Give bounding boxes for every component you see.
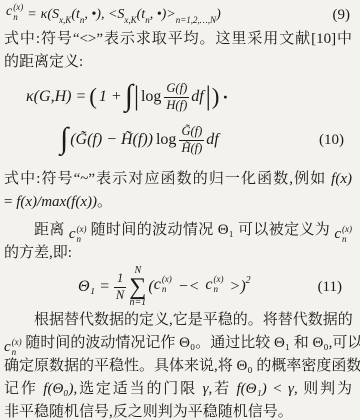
c-scripts: (x)n [12,338,22,358]
c-subscript: n [162,285,172,295]
numerator: 1 [115,271,125,287]
body-text: 确定原数据的平稳性。具体来说,将 Θ₀ 的概率密度函数 [4,358,360,374]
denominator: H̃(f) [179,140,204,157]
c-scripts: (x)n [162,275,172,295]
integral-sign: ∫ [60,128,68,151]
c-subscript: n [13,13,23,23]
df-term: df [206,131,218,149]
c-base: c [334,227,341,247]
paragraph-line: 式中:符号“~”表示对应函数的归一化函数,例如 f(x) [4,168,352,191]
t-term: (t [137,7,146,23]
c-n-x-symbol: c(x)n [205,277,223,297]
body-text: 的方差,即: [4,245,72,261]
equation-number-9: (9) [333,7,351,24]
big-open-paren: ( [89,88,97,105]
scanned-paper-page: c(x)n = κ(S x,K (t n , •), <S x,K (t n ,… [0,0,360,420]
subscript-range: n=1,2,…,N [176,15,216,25]
c-subscript: n [214,285,224,295]
integral-sign: ∫ [125,85,133,108]
body-text: 根据替代数据的定义,它是平稳的。将替代数据的 [34,312,353,328]
c-base: c [205,277,212,297]
c-scripts: (x)n [13,3,23,23]
paragraph-line: 非平稳随机信号,反之则判为平稳随机信号。 [4,401,352,420]
close-paren: ) [216,7,221,23]
equals-sign: = [27,7,36,23]
c-subscript: n [77,235,87,245]
body-text: 随时间的波动情况记作 Θ₀。通过比较 Θ₁ 和 Θ₀,可以 [22,335,360,351]
body-text: 式中:符号“<>”表示求取平均。这里采用文献[10]中 [4,31,352,47]
numerator: G(f) [164,81,189,97]
paragraph-line: 记作 f(Θ₀),选定适当的门限 γ,若 f(Θ₁) < γ, 则判为 [4,378,352,401]
c-base: c [154,277,161,297]
c-base: c [6,5,12,25]
equation-10-line-2: ∫ (G̃(f) − H̃(f)) log G̃(f)H̃(f) df (10) [4,118,352,162]
body-text: ,选定适当的门限 [74,381,203,397]
t-term: (t [71,7,80,23]
paragraph-line: c(x)n 随时间的波动情况记作 Θ₀。通过比较 Θ₁ 和 Θ₀,可以 [4,332,352,355]
log-operator: log [156,131,176,149]
body-text: , 则判为 [294,381,352,397]
numerator: G̃(f) [179,124,204,140]
minus-mean-open: −< [178,278,200,296]
normalized-diff-term: (G̃(f) − H̃(f)) [70,131,153,149]
c-scripts: (x)n [342,225,352,245]
body-text: 记作 [4,381,43,397]
summation-sign: N∑n=1 [129,266,146,309]
body-text: ,若 [208,381,236,397]
kappa-GH-term: κ(G,H) = [26,88,86,106]
theta1-equals: Θ₁ = [78,278,110,296]
c-n-x-symbol: c(x)n [6,5,23,25]
mean-close-term: , •)> [150,7,176,23]
c-scripts: (x)n [77,225,87,245]
subscript-xK: x,K [124,15,136,25]
paragraph-line: 的方差,即: [4,242,352,265]
equation-10-line-1: κ(G,H) = ( 1 + ∫ | log G(f)H(f) df | ) · [4,76,352,118]
subscript-xK: x,K [59,15,71,25]
body-text: 的距离定义: [4,54,83,70]
equation-11: Θ₁ = 1N N∑n=1 ( c(x)n −< c(x)n >) 2 (11) [4,265,352,309]
paragraph-line: 的距离定义: [4,51,352,74]
multiplication-dot: · [222,87,228,108]
abs-bar: | [206,87,211,107]
paragraph-line: = f(x)/max(f(x))。 [4,191,352,214]
paragraph-line: 距离 c(x)n 随时间的波动情况 Θ₁ 可以被定义为 c(x)n [4,219,352,242]
equation-number-10: (10) [319,132,344,149]
body-text: 随时间的波动情况 Θ₁ 可以被定义为 [87,222,335,238]
equation-9: c(x)n = κ(S x,K (t n , •), <S x,K (t n ,… [4,2,352,28]
c-subscript: n [342,235,352,245]
df-term: df [191,88,203,106]
body-text: 非平稳随机信号,反之则判为平稳随机信号。 [4,404,293,420]
fraction-G-over-H: G(f)H(f) [164,81,189,113]
sigma-glyph: ∑ [129,276,146,299]
paragraph-line: 确定原数据的平稳性。具体来说,将 Θ₀ 的概率密度函数 [4,355,352,378]
kappa-term: κ(S [41,7,59,23]
c-n-x-symbol: c(x)n [334,227,352,247]
f-theta0-term: f(Θ₀) [43,381,73,397]
body-text: = [4,194,16,210]
fx-max-term: f(x)/max(f(x)) [16,194,97,210]
subscript-n: n [80,15,85,25]
mean-open-term: , •), <S [84,7,124,23]
c-subscript: n [12,348,22,358]
period: 。 [97,194,112,210]
c-n-x-symbol: c(x)n [154,277,172,297]
denominator: N [114,287,126,304]
fraction-1-over-N: 1N [114,271,126,303]
paragraph-line: 式中:符号“<>”表示求取平均。这里采用文献[10]中 [4,28,352,51]
fx-term: f(x) [331,171,352,187]
mean-close-paren: >) [230,278,246,296]
fraction-Gtilde-over-Htilde: G̃(f)H̃(f) [179,124,204,156]
body-text: 距离 [34,222,69,238]
paragraph-line: 根据替代数据的定义,它是平稳的。将替代数据的 [4,309,352,332]
sum-lower-limit: n=1 [129,298,146,308]
log-operator: log [141,88,161,106]
subscript-n: n [145,15,150,25]
c-scripts: (x)n [214,275,224,295]
squared-exponent: 2 [246,275,251,286]
abs-bar: | [134,87,139,107]
equation-number-11: (11) [318,279,342,296]
big-close-paren: ) [212,88,220,105]
body-text: 式中:符号“~”表示对应函数的归一化函数,例如 [4,171,331,187]
f-theta1-lt-gamma-term: f(Θ₁) < γ [237,381,294,397]
one-plus-term: 1 + [99,88,122,106]
denominator: H(f) [164,97,189,114]
